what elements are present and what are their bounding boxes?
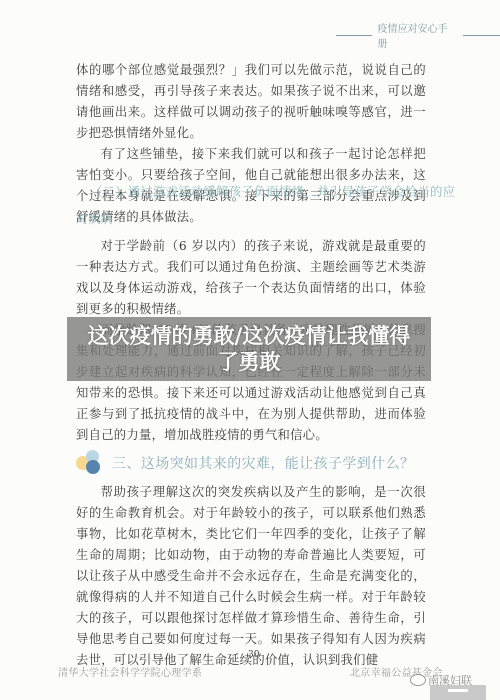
paragraph: 体的哪个部位感觉最强烈？」我们可以先做示范，说说自己的情绪和感受，再引导孩子来表… (76, 60, 426, 144)
paragraph: 对于学龄前（6 岁以内）的孩子来说，游戏就是最重要的一种表达方式。我们可以通过角… (76, 236, 426, 320)
section-title-text: 三、这场突如其来的灾难，能让孩子学到什么？ (112, 453, 414, 473)
paragraph: 帮助孩子理解这次的突发疾病以及产生的影响，是一次很好的生命教育机会。对于年龄较小… (76, 482, 426, 671)
divider (463, 35, 500, 36)
scroll-to-top-button[interactable] (430, 685, 486, 700)
arrow-up-icon (448, 689, 468, 692)
body-text-bottom: 帮助孩子理解这次的突发疾病以及产生的影响，是一次很好的生命教育机会。对于年龄较小… (76, 482, 426, 671)
wechat-icon (410, 674, 426, 686)
running-head: 疫情应对安心手册 (336, 20, 500, 50)
overlay-title: 这次疫情的勇敢/这次疫情让我懂得了勇敢 (84, 323, 414, 375)
section-title: 三、这场突如其来的灾难，能让孩子学到什么？ (76, 450, 414, 476)
footer-left: 清华大学社会科学学院心理学系 (58, 664, 202, 679)
body-text-top: 体的哪个部位感觉最强烈？」我们可以先做示范，说说自己的情绪和感受，再引导孩子来表… (76, 60, 426, 228)
document-page: 疫情应对安心手册 体的哪个部位感觉最强烈？」我们可以先做示范，说说自己的情绪和感… (0, 0, 500, 700)
page-number: 30 (248, 650, 259, 660)
blue-circle-icon (86, 460, 100, 474)
title-overlay-banner: 这次疫情的勇敢/这次疫情让我懂得了勇敢 (67, 317, 431, 381)
running-head-title: 疫情应对安心手册 (378, 20, 457, 50)
divider (336, 35, 372, 36)
subheading-line-1: （二）通过游戏活动缓解孩子负面情绪，并引导孩子学会恰当的应 (90, 182, 455, 200)
subheading-line-2: 对疾病 (76, 209, 113, 227)
circles-icon (76, 450, 102, 476)
